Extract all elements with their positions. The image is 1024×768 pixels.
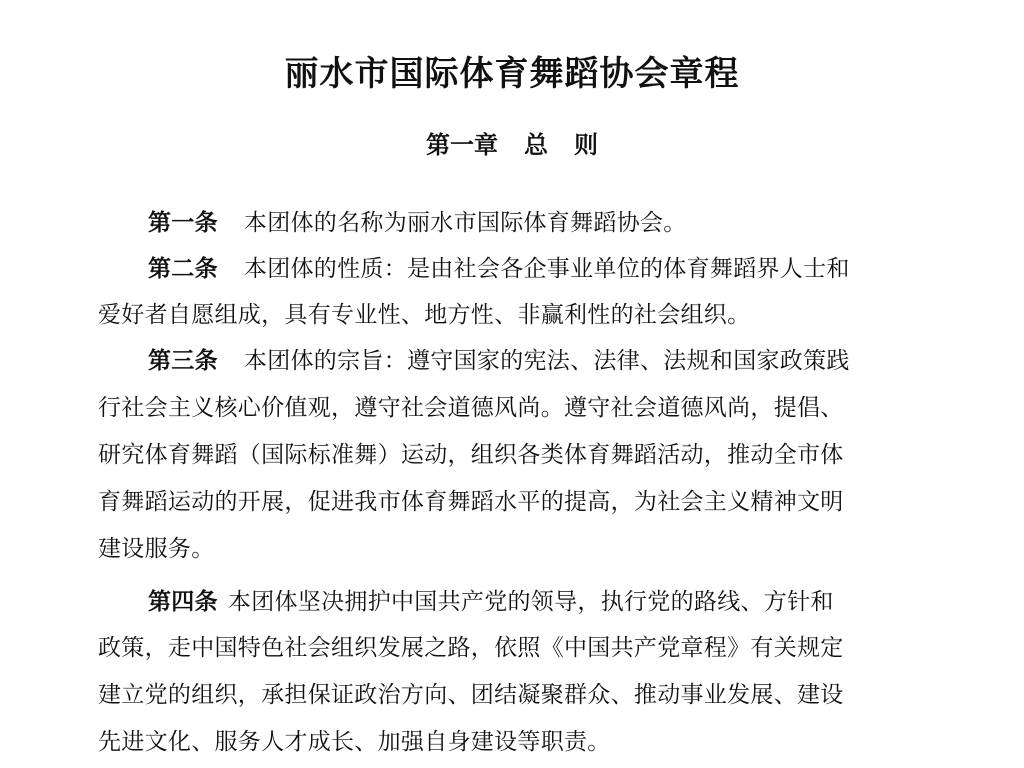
article-3-line-1: 第三条本团体的宗旨：遵守国家的宪法、法律、法规和国家政策践 bbox=[148, 346, 968, 376]
article-1-line-1: 第一条本团体的名称为丽水市国际体育舞蹈协会。 bbox=[148, 208, 968, 238]
article-2-line-2: 爱好者自愿组成，具有专业性、地方性、非赢利性的社会组织。 bbox=[98, 300, 918, 330]
article-text: 本团体坚决拥护中国共产党的领导，执行党的路线、方针和 bbox=[228, 589, 834, 615]
article-text: 本团体的性质：是由社会各企事业单位的体育舞蹈界人士和 bbox=[244, 256, 850, 282]
article-number: 第一条 bbox=[148, 210, 218, 236]
article-text: 本团体的名称为丽水市国际体育舞蹈协会。 bbox=[244, 210, 687, 236]
article-text: 本团体的宗旨：遵守国家的宪法、法律、法规和国家政策践 bbox=[244, 348, 850, 374]
document-title: 丽水市国际体育舞蹈协会章程 bbox=[0, 52, 1024, 96]
article-4-line-2: 政策，走中国特色社会组织发展之路，依照《中国共产党章程》有关规定 bbox=[98, 633, 918, 663]
article-3-line-4: 育舞蹈运动的开展，促进我市体育舞蹈水平的提高，为社会主义精神文明 bbox=[98, 487, 918, 517]
chapter-heading: 第一章总则 bbox=[0, 128, 1024, 162]
article-4-line-4: 先进文化、服务人才成长、加强自身建设等职责。 bbox=[98, 727, 918, 757]
chapter-number: 第一章 bbox=[426, 131, 498, 159]
article-2-line-1: 第二条本团体的性质：是由社会各企事业单位的体育舞蹈界人士和 bbox=[148, 254, 968, 284]
article-number: 第四条 bbox=[148, 589, 218, 615]
article-3-line-5: 建设服务。 bbox=[98, 534, 918, 564]
article-number: 第二条 bbox=[148, 256, 218, 282]
article-4-line-1: 第四条本团体坚决拥护中国共产党的领导，执行党的路线、方针和 bbox=[148, 587, 968, 617]
chapter-title-part-2: 则 bbox=[574, 131, 598, 159]
article-number: 第三条 bbox=[148, 348, 218, 374]
article-4-line-3: 建立党的组织，承担保证政治方向、团结凝聚群众、推动事业发展、建设 bbox=[98, 680, 918, 710]
chapter-title-part-1: 总 bbox=[524, 131, 548, 159]
article-3-line-3: 研究体育舞蹈（国际标准舞）运动，组织各类体育舞蹈活动，推动全市体 bbox=[98, 440, 918, 470]
article-3-line-2: 行社会主义核心价值观，遵守社会道德风尚。遵守社会道德风尚，提倡、 bbox=[98, 393, 918, 423]
